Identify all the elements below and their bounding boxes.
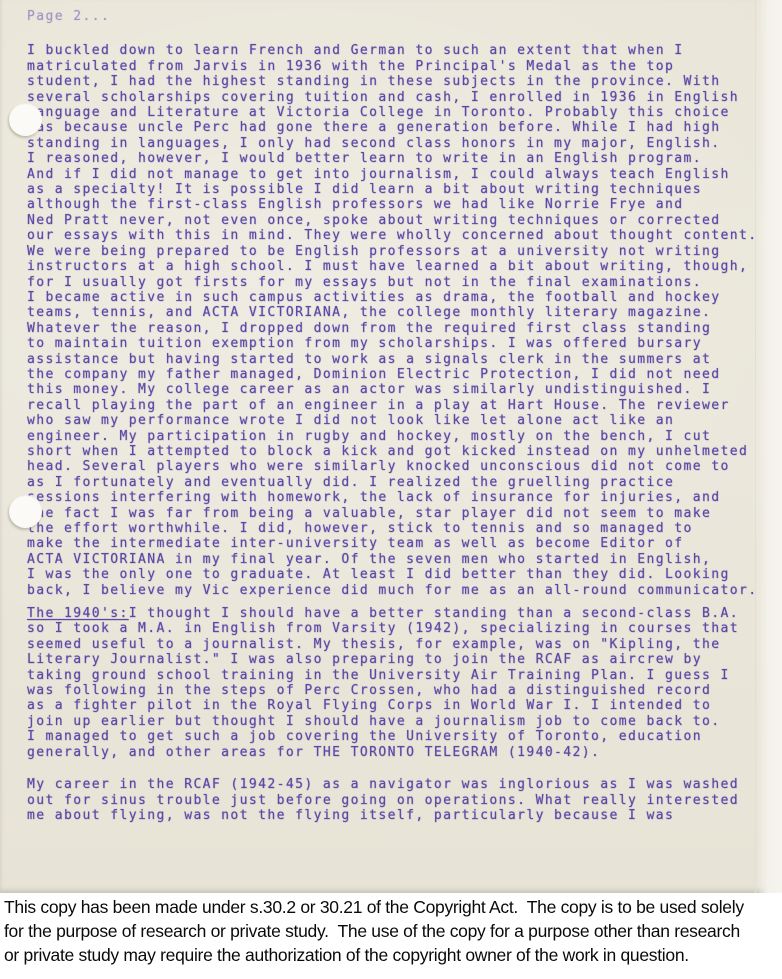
page-number-label: Page 2...: [27, 9, 776, 24]
punch-hole-bottom: [9, 495, 42, 528]
copyright-notice: This copy has been made under s.30.2 or …: [0, 893, 782, 979]
paragraph-text: I thought I should have a better standin…: [27, 606, 739, 760]
paragraph-1930s: I buckled down to learn French and Germa…: [27, 43, 776, 598]
paragraph-text: My career in the RCAF (1942-45) as a nav…: [27, 777, 739, 823]
paragraph-rcaf: My career in the RCAF (1942-45) as a nav…: [27, 777, 776, 823]
paragraph-heading-1940s: The 1940's:: [27, 606, 129, 621]
paragraph-1940s: The 1940's:I thought I should have a bet…: [27, 606, 776, 760]
typed-text-area: Page 2... I buckled down to learn French…: [27, 9, 776, 823]
typewritten-page-scan: Page 2... I buckled down to learn French…: [0, 0, 782, 893]
paragraph-text: I buckled down to learn French and Germa…: [27, 43, 758, 597]
scanned-document-page: Page 2... I buckled down to learn French…: [0, 0, 782, 979]
punch-hole-top: [9, 103, 42, 136]
